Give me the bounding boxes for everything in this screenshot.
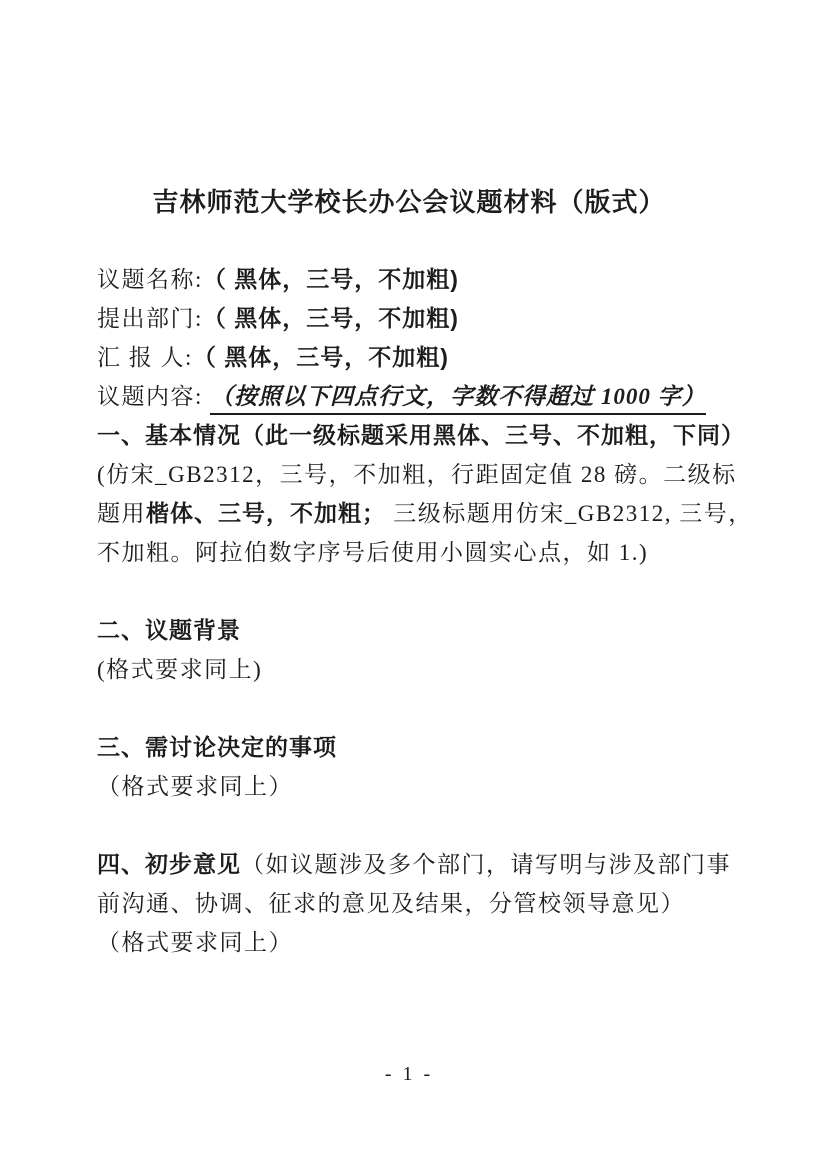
section2-heading: 二、议题背景: [97, 611, 737, 650]
field-topic-name: 议题名称:（ 黑体，三号，不加粗): [97, 260, 737, 299]
section4-body-line3: （格式要求同上）: [97, 923, 737, 962]
section3-heading: 三、需讨论决定的事项: [97, 728, 737, 767]
field-proposing-dept: 提出部门:（ 黑体，三号，不加粗): [97, 299, 737, 338]
document-title: 吉林师范大学校长办公会议题材料（版式）: [0, 182, 818, 219]
field-reporter: 汇 报 人:（ 黑体，三号，不加粗): [97, 338, 737, 377]
field-reporter-value: （ 黑体，三号，不加粗): [193, 344, 449, 370]
field-topic-content-label: 议题内容:: [97, 384, 210, 409]
section1-body-line3: 不加粗。阿拉伯数字序号后使用小圆实心点，如 1.): [97, 533, 737, 572]
section1-heading: 一、基本情况（此一级标题采用黑体、三号、不加粗，下同）: [97, 416, 737, 455]
section1-body-line2: 题用楷体、三号，不加粗； 三级标题用仿宋_GB2312, 三号，: [97, 494, 737, 533]
topic-content-instruction: （按照以下四点行文，字数不得超过 1000 字）: [210, 384, 706, 415]
section4-heading-bold: 四、初步意见: [97, 851, 241, 877]
page-number: - 1 -: [0, 1063, 818, 1086]
section4-body-line2: 前沟通、协调、征求的意见及结果，分管校领导意见）: [97, 884, 737, 923]
field-proposing-dept-value: （ 黑体，三号，不加粗): [203, 305, 459, 331]
section1-body-line1: (仿宋_GB2312，三号，不加粗，行距固定值 28 磅。二级标: [97, 455, 737, 494]
document-page: 吉林师范大学校长办公会议题材料（版式） 议题名称:（ 黑体，三号，不加粗) 提出…: [0, 0, 818, 1158]
field-proposing-dept-label: 提出部门:: [97, 306, 203, 331]
blank-line: [97, 806, 737, 845]
document-body: 议题名称:（ 黑体，三号，不加粗) 提出部门:（ 黑体，三号，不加粗) 汇 报 …: [97, 260, 737, 962]
section2-body: (格式要求同上): [97, 650, 737, 689]
blank-line: [97, 689, 737, 728]
section4-heading: 四、初步意见（如议题涉及多个部门，请写明与涉及部门事: [97, 845, 737, 884]
section1-body-line2-post: 三级标题用仿宋_GB2312, 三号，: [386, 501, 753, 526]
field-topic-name-value: （ 黑体，三号，不加粗): [203, 266, 459, 292]
field-reporter-label: 汇 报 人:: [97, 345, 193, 370]
field-topic-content: 议题内容: （按照以下四点行文，字数不得超过 1000 字）: [97, 377, 737, 416]
section1-body-line2-pre: 题用: [97, 501, 146, 526]
blank-line: [97, 572, 737, 611]
section4-heading-rest: （如议题涉及多个部门，请写明与涉及部门事: [241, 852, 731, 877]
field-topic-name-label: 议题名称:: [97, 267, 203, 292]
section3-body: （格式要求同上）: [97, 767, 737, 806]
section1-body-line2-bold: 楷体、三号，不加粗；: [146, 500, 386, 526]
